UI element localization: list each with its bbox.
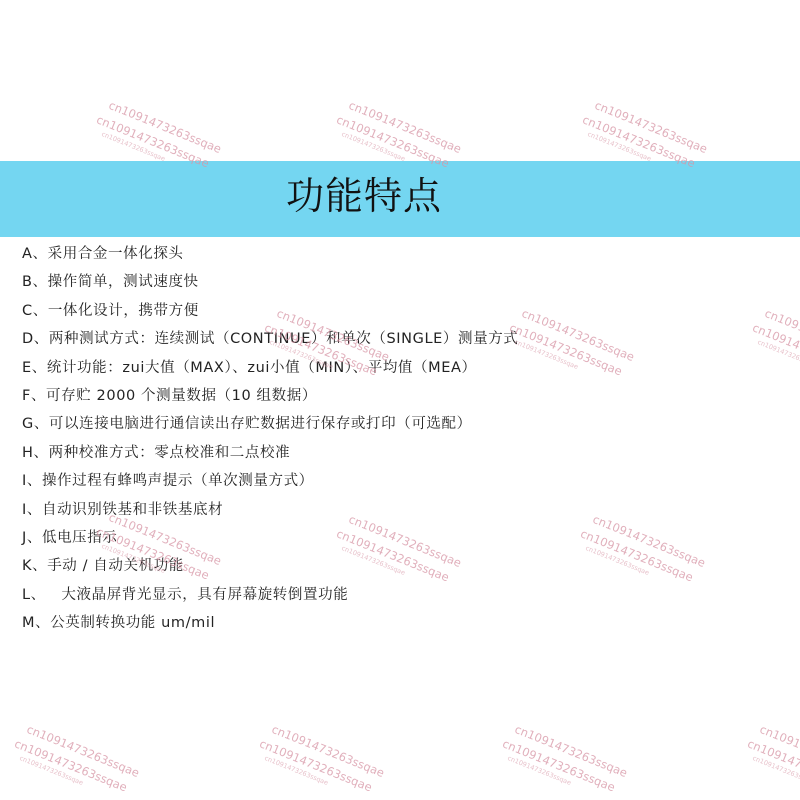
watermark: cn1091473263ssqaecn1091473263ssqaecn1091… — [503, 722, 630, 800]
feature-item-j: J、低电压指示 — [22, 524, 518, 552]
feature-item-f: F、可存贮 2000 个测量数据（10 组数据） — [22, 382, 518, 410]
watermark: cn1091473263ssqaecn1091473263ssqaecn1091… — [748, 722, 800, 800]
feature-item-b: B、操作简单，测试速度快 — [22, 268, 518, 296]
feature-item-l: L、 大液晶屏背光显示，具有屏幕旋转倒置功能 — [22, 581, 518, 609]
watermark: cn1091473263ssqaecn1091473263ssqaecn1091… — [753, 306, 800, 389]
watermark: cn1091473263ssqaecn1091473263ssqaecn1091… — [581, 512, 708, 595]
feature-item-a: A、采用合金一体化探头 — [22, 240, 518, 268]
watermark: cn1091473263ssqaecn1091473263ssqaecn1091… — [510, 306, 637, 389]
watermark: cn1091473263ssqaecn1091473263ssqaecn1091… — [260, 722, 387, 800]
feature-item-e: E、统计功能：zui大值（MAX）、zui小值（MIN）、平均值（MEA） — [22, 354, 518, 382]
watermark: cn1091473263ssqaecn1091473263ssqaecn1091… — [15, 722, 142, 800]
feature-item-g: G、可以连接电脑进行通信读出存贮数据进行保存或打印（可选配） — [22, 410, 518, 438]
feature-item-i2: I、自动识别铁基和非铁基底材 — [22, 496, 518, 524]
feature-item-c: C、一体化设计，携带方便 — [22, 297, 518, 325]
page-title: 功能特点 — [286, 173, 442, 219]
feature-item-m: M、公英制转换功能 um/mil — [22, 609, 518, 637]
feature-list: A、采用合金一体化探头 B、操作简单，测试速度快 C、一体化设计，携带方便 D、… — [22, 240, 518, 637]
feature-item-k: K、手动 / 自动关机功能 — [22, 552, 518, 580]
feature-item-d: D、两种测试方式：连续测试（CONTINUE）和单次（SINGLE）测量方式 — [22, 325, 518, 353]
feature-item-i1: I、操作过程有蜂鸣声提示（单次测量方式） — [22, 467, 518, 495]
feature-item-h: H、两种校准方式：零点校准和二点校准 — [22, 439, 518, 467]
